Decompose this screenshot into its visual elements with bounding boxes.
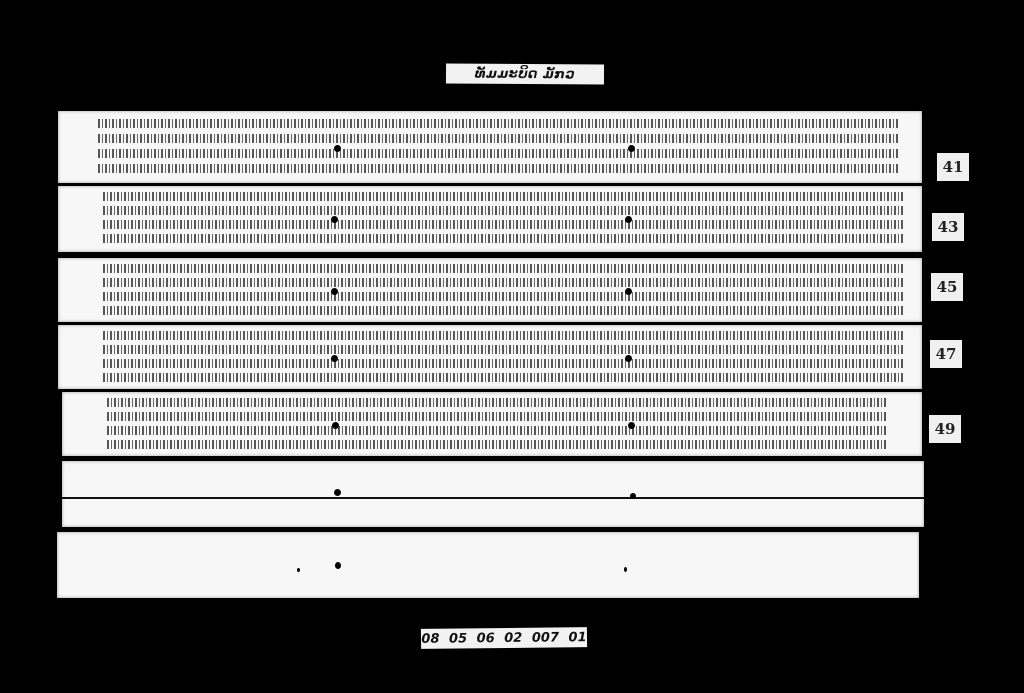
binding-hole <box>334 145 341 152</box>
folio-number: 41 <box>937 153 969 181</box>
mark <box>624 567 627 572</box>
ruled-line <box>62 497 924 499</box>
palm-leaf-5 <box>62 392 922 456</box>
title-label: ທັມມະບິດ ມັກວ <box>446 63 604 84</box>
palm-leaf-7-blank <box>57 532 919 598</box>
binding-hole <box>334 489 341 496</box>
folio-number: 45 <box>931 273 963 301</box>
binding-hole <box>335 562 341 569</box>
binding-hole <box>625 288 632 295</box>
folio-number: 43 <box>932 213 964 241</box>
palm-leaf-6-blank <box>62 461 924 527</box>
folio-number: 49 <box>929 415 961 443</box>
folio-number: 47 <box>930 340 962 368</box>
binding-hole <box>332 422 339 429</box>
binding-hole <box>331 288 338 295</box>
binding-hole <box>331 355 338 362</box>
mark <box>297 568 300 572</box>
catalog-id-label: 08 05 06 02 007 01 <box>421 627 587 649</box>
binding-hole <box>630 493 636 499</box>
binding-hole <box>628 422 635 429</box>
palm-leaf-1 <box>58 111 922 183</box>
palm-leaf-2 <box>58 186 922 252</box>
palm-leaf-4 <box>58 325 922 389</box>
binding-hole <box>331 216 338 223</box>
palm-leaf-3 <box>58 258 922 322</box>
binding-hole <box>625 355 632 362</box>
binding-hole <box>625 216 632 223</box>
binding-hole <box>628 145 635 152</box>
